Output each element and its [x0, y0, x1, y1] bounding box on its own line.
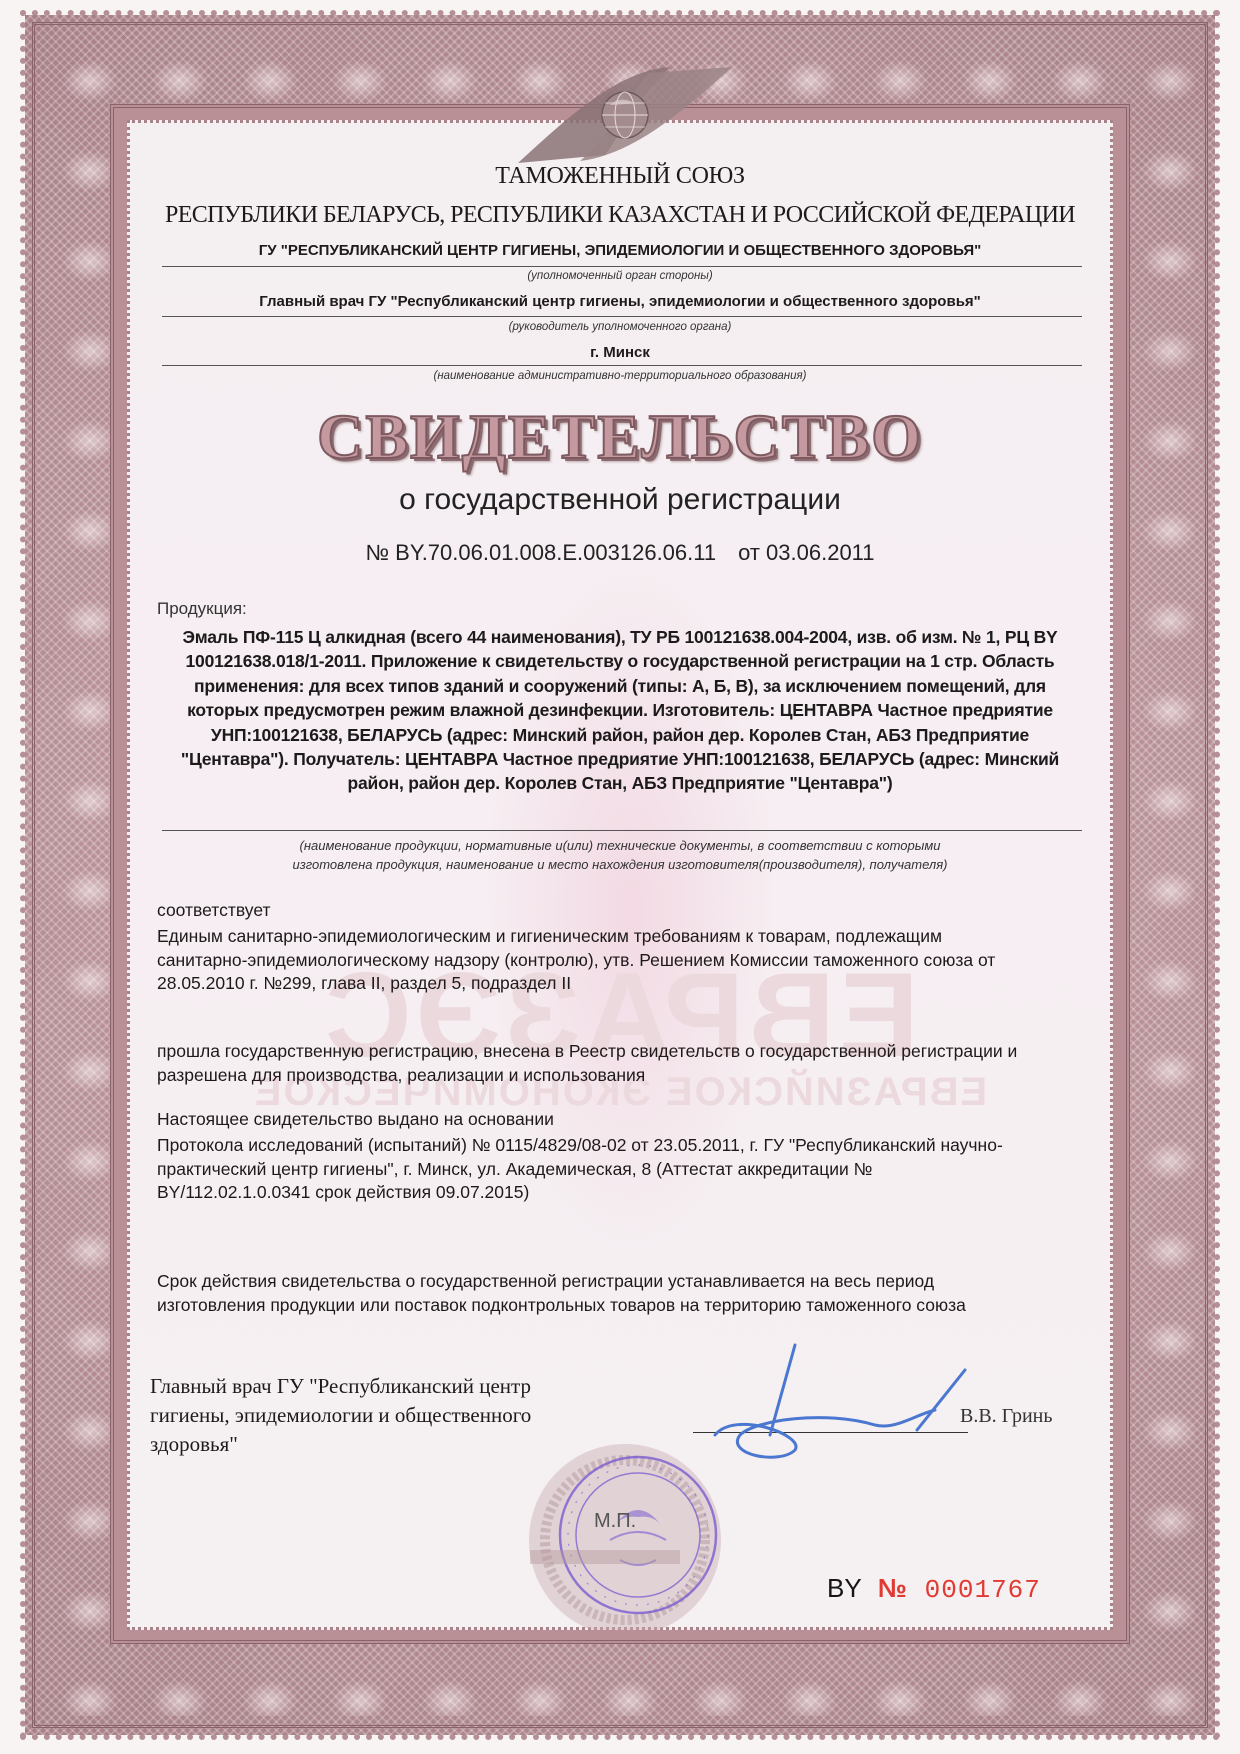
serial-no-sign: №: [878, 1573, 907, 1603]
certificate-subtitle: о государственной регистрации: [150, 483, 1090, 517]
conformity-text: Единым санитарно-эпидемиологическим и ги…: [157, 925, 1037, 996]
customs-union-title: ТАМОЖЕННЫЙ СОЮЗ: [150, 163, 1090, 190]
serial-number: 0001767: [925, 1575, 1041, 1605]
form-serial-number: BY№0001767: [827, 1573, 1041, 1605]
customs-union-emblem-icon: [510, 55, 740, 170]
head-of-body: Главный врач ГУ "Республиканский центр г…: [150, 293, 1090, 310]
registration-number-line: № BY.70.06.01.008.E.003126.06.11от 03.06…: [150, 540, 1090, 566]
registration-text: прошла государственную регистрацию, внес…: [157, 1040, 1037, 1087]
certificate-title: СВИДЕТЕЛЬСТВО: [150, 400, 1090, 474]
divider: [162, 830, 1082, 831]
city-caption: (наименование административно-территориа…: [150, 370, 1090, 382]
basis-text: Протокола исследований (испытаний) № 011…: [157, 1134, 1017, 1205]
product-caption-line2: изготовлена продукция, наименование и ме…: [150, 855, 1090, 874]
serial-country: BY: [827, 1573, 862, 1603]
divider: [162, 316, 1082, 317]
product-caption: (наименование продукции, нормативные и(и…: [150, 836, 1090, 874]
basis-label: Настоящее свидетельство выдано на основа…: [157, 1108, 554, 1132]
product-caption-line1: (наименование продукции, нормативные и(и…: [150, 836, 1090, 855]
registration-number: № BY.70.06.01.008.E.003126.06.11: [365, 540, 716, 565]
signature-icon: [685, 1340, 985, 1465]
product-label: Продукция:: [157, 599, 247, 619]
authorized-body: ГУ "РЕСПУБЛИКАНСКИЙ ЦЕНТР ГИГИЕНЫ, ЭПИДЕ…: [150, 242, 1090, 259]
validity-text: Срок действия свидетельства о государств…: [157, 1270, 1037, 1317]
product-description: Эмаль ПФ-115 Ц алкидная (всего 44 наимен…: [160, 625, 1080, 796]
head-of-body-caption: (руководитель уполномоченного органа): [150, 321, 1090, 333]
city: г. Минск: [150, 344, 1090, 361]
stamp-place-label: М.П.: [594, 1510, 636, 1533]
conformity-label: соответствует: [157, 899, 271, 923]
divider: [162, 365, 1082, 366]
authorized-body-caption: (уполномоченный орган стороны): [150, 270, 1090, 282]
member-states: РЕСПУБЛИКИ БЕЛАРУСЬ, РЕСПУБЛИКИ КАЗАХСТА…: [150, 202, 1090, 229]
divider: [162, 266, 1082, 267]
registration-date: от 03.06.2011: [738, 540, 874, 565]
